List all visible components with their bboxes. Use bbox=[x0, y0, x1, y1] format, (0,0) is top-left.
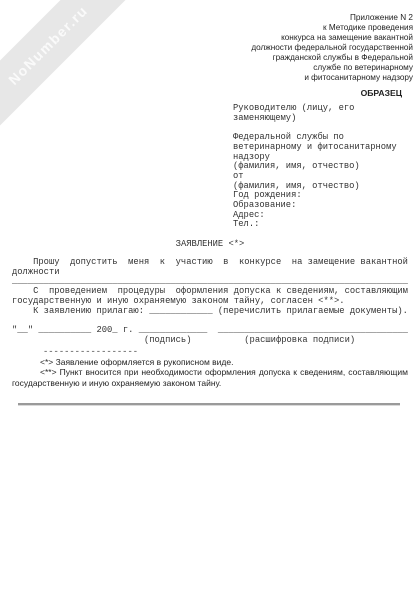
statement-body: Прошу допустить меня к участию в конкурс… bbox=[12, 258, 408, 345]
addressee-block: Руководителю (лицу, его заменяющему) Фед… bbox=[233, 104, 397, 230]
appendix-header-line: гражданской службы в Федеральной bbox=[251, 53, 413, 63]
appendix-header-line: службе по ветеринарному bbox=[251, 63, 413, 73]
appendix-header-line: конкурса на замещение вакантной bbox=[251, 33, 413, 43]
appendix-header-line: и фитосанитарному надзору bbox=[251, 73, 413, 83]
footnote-2: <**> Пункт вносится при необходимости оф… bbox=[12, 367, 408, 388]
sample-label: ОБРАЗЕЦ bbox=[361, 88, 402, 98]
appendix-header-line: к Методике проведения bbox=[251, 23, 413, 33]
bottom-divider bbox=[18, 403, 400, 406]
appendix-header-line: должности федеральной государственной bbox=[251, 43, 413, 53]
appendix-header-line: Приложение N 2 bbox=[251, 13, 413, 23]
document-page: NoNumber.ru Приложение N 2 к Методике пр… bbox=[0, 0, 420, 600]
watermark-ribbon: NoNumber.ru bbox=[0, 0, 136, 133]
footnotes-section: ------------------ <*> Заявление оформля… bbox=[12, 347, 408, 388]
document-title: ЗАЯВЛЕНИЕ <*> bbox=[12, 240, 408, 250]
footnote-1: <*> Заявление оформляется в рукописном в… bbox=[12, 357, 408, 367]
appendix-header: Приложение N 2 к Методике проведения кон… bbox=[251, 13, 413, 83]
footnote-separator: ------------------ bbox=[43, 347, 408, 357]
watermark-text: NoNumber.ru bbox=[5, 2, 91, 88]
